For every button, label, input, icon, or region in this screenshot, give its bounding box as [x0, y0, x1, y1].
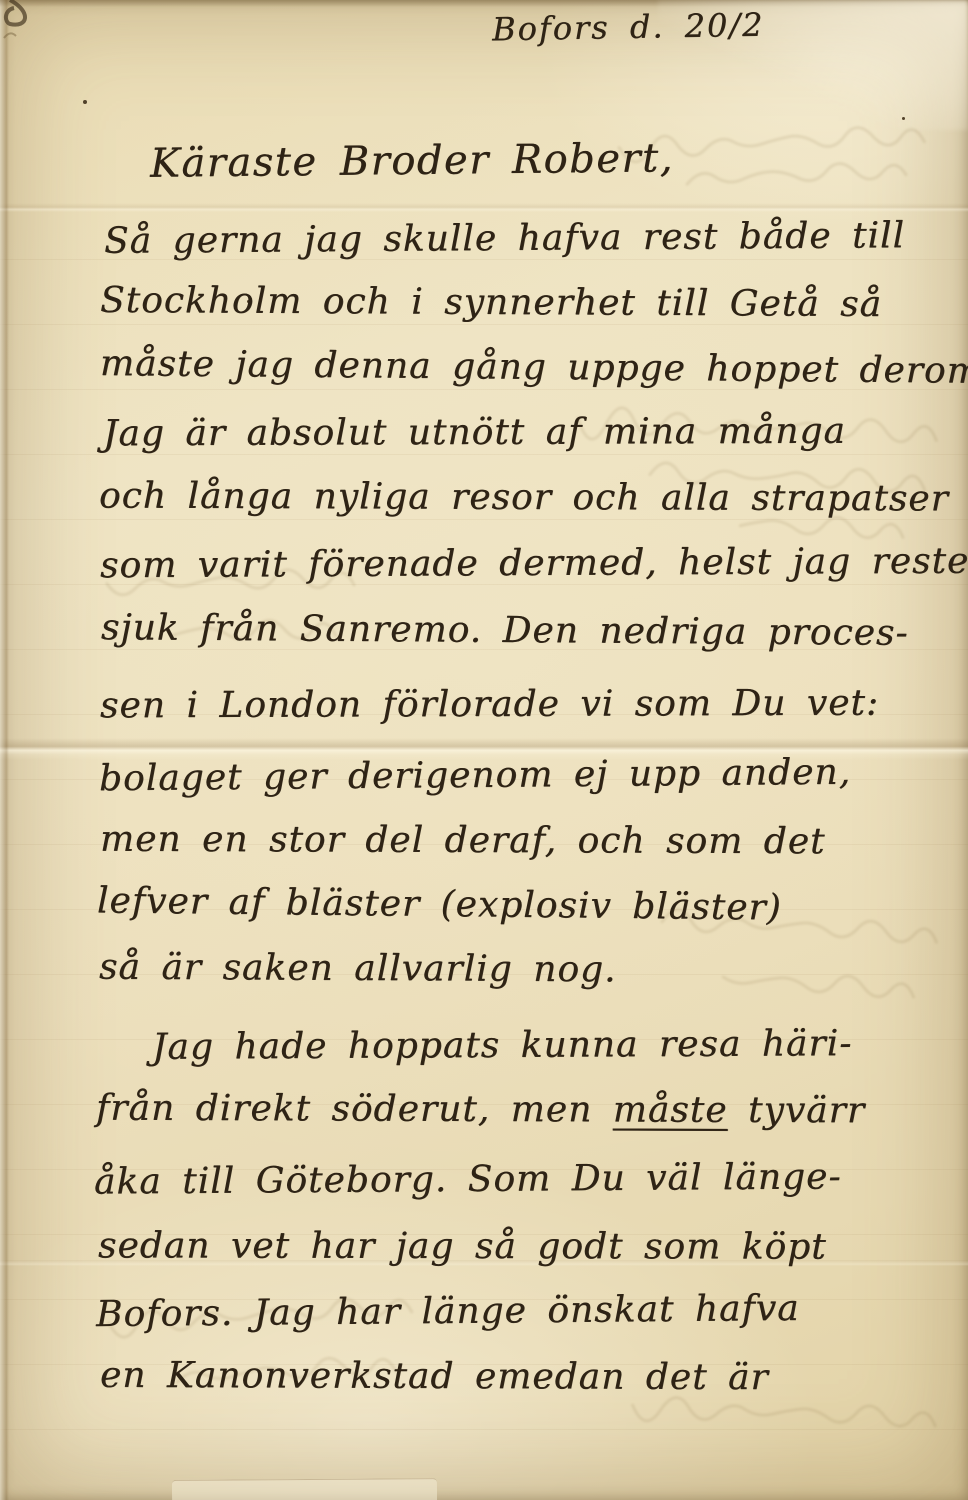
torn-corner-mark — [2, 0, 72, 48]
letter-line: Bofors. Jag har länge önskat hafva — [96, 1288, 800, 1335]
letter-line: bolaget ger derigenom ej upp anden, — [99, 752, 851, 800]
letter-line-text: tyvärr — [728, 1090, 866, 1131]
letter-line: så är saken allvarlig nog. — [99, 947, 617, 991]
letter-page: Bofors d. 20/2 Käraste Broder Robert, Så… — [0, 0, 968, 1500]
letter-line: lefver af bläster (explosiv bläster) — [97, 880, 782, 928]
letter-line: sedan vet har jag så godt som köpt — [98, 1225, 827, 1267]
letter-line: från direkt söderut, men måste tyvärr — [96, 1088, 865, 1132]
ink-speck — [902, 117, 905, 120]
letter-line: Jag är absolut utnött af mina många — [103, 411, 846, 455]
letter-line: Jag hade hoppats kunna resa häri- — [152, 1023, 853, 1068]
letter-line: och långa nyliga resor och alla strapats… — [99, 476, 949, 520]
letter-line: Så gerna jag skulle hafva rest både till — [104, 215, 905, 262]
letter-line-text: från direkt söderut, men — [96, 1088, 613, 1131]
letter-line: en Kanonverkstad emedan det är — [100, 1355, 769, 1398]
fold-crease-top — [0, 203, 968, 212]
paper-edge-left — [0, 0, 9, 1500]
letter-salutation: Käraste Broder Robert, — [150, 135, 674, 186]
letter-line: måste jag denna gång uppge hoppet derom. — [100, 343, 968, 392]
letter-line: åka till Göteborg. Som Du väl länge- — [94, 1156, 842, 1202]
paper-bottom-tab — [172, 1478, 437, 1500]
letter-line: som varit förenade dermed, helst jag res… — [100, 541, 968, 587]
letter-line: men en stor del deraf, och som det — [100, 819, 826, 863]
letter-line: Stockholm och i synnerhet till Getå så — [100, 280, 882, 325]
letter-place-date: Bofors d. 20/2 — [492, 6, 765, 49]
ink-speck — [83, 100, 87, 104]
letter-line: sjuk från Sanremo. Den nedriga proces- — [101, 607, 909, 654]
letter-line: sen i London förlorade vi som Du vet: — [100, 683, 879, 727]
underlined-word: måste — [613, 1089, 728, 1130]
